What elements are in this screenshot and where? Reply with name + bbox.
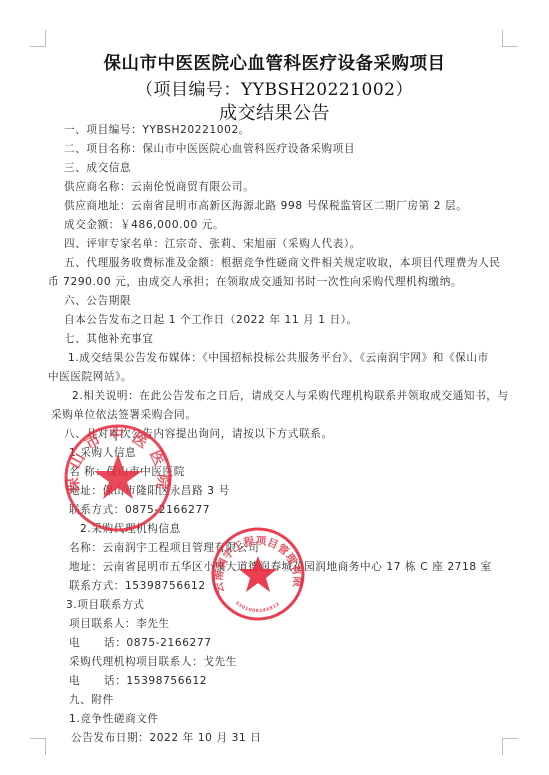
section-3-heading: 三、成交信息 — [64, 159, 131, 178]
attachment-item: 1.竞争性磋商文件 — [69, 710, 159, 729]
agency-contact: 联系方式：15398756612 — [69, 577, 206, 596]
purchaser-info-heading: 1.采购人信息 — [69, 444, 136, 463]
section-9-attachments-heading: 九、附件 — [69, 691, 114, 710]
project-contact-person: 项目联系人：李先生 — [69, 615, 170, 634]
document-page: 保山市中医医院心血管科医疗设备采购项目 （项目编号：YYBSH20221002）… — [0, 0, 549, 775]
section-5-agency-fee-cont: 币 7290.00 元，由成交人承担；在领取成交通知书时一次性向采购代理机构缴纳… — [48, 273, 462, 292]
purchaser-contact: 联系方式：0875-2166277 — [69, 501, 210, 520]
section-7-heading: 七、其他补充事宜 — [64, 330, 154, 349]
page-corner-mark-bottom-right — [502, 738, 518, 755]
publication-date: 公告发布日期：2022 年 10 月 31 日 — [71, 729, 262, 748]
page-corner-mark-top-left — [30, 30, 46, 47]
supplier-address: 供应商地址：云南省昆明市高新区海源北路 998 号保税监管区二期厂房第 2 层。 — [64, 197, 467, 216]
project-contact-phone: 电 话：0875-2166277 — [69, 634, 212, 653]
page-corner-mark-bottom-left — [30, 738, 46, 755]
related-notes-cont: 采购单位依法签署采购合同。 — [51, 406, 197, 425]
publication-media: 1.成交结果公告发布媒体：《中国招标投标公共服务平台》、《云南润宇网》和《保山市 — [68, 349, 489, 368]
agency-address: 地址：云南省昆明市五华区小康大道德润春城花园润地商务中心 17 栋 C 座 27… — [69, 558, 492, 577]
document-title: 保山市中医医院心血管科医疗设备采购项目 — [0, 50, 549, 75]
svg-text:5301000146812: 5301000146812 — [234, 600, 281, 614]
section-5-agency-fee: 五、代理服务收费标准及金额：根据竞争性磋商文件相关规定收取，本项目代理费为人民 — [64, 254, 501, 273]
publication-media-cont: 中医医院网站》。 — [48, 368, 132, 387]
purchaser-name: 名 称：保山市中医医院 — [69, 463, 185, 482]
section-6-heading: 六、公告期限 — [64, 292, 131, 311]
section-2-project-name: 二、项目名称：保山市中医医院心血管科医疗设备采购项目 — [64, 140, 355, 159]
supplier-name: 供应商名称：云南伦悦商贸有限公司。 — [64, 178, 254, 197]
section-4-expert-list: 四、评审专家名单：江宗奇、张莉、宋旭丽（采购人代表）。 — [64, 235, 361, 254]
project-number-heading: （项目编号：YYBSH20221002） — [0, 75, 549, 100]
agency-contact-person: 采购代理机构项目联系人：戈先生 — [69, 653, 237, 672]
section-8-heading: 八、凡对本次公告内容提出询问，请按以下方式联系。 — [64, 425, 333, 444]
purchaser-address: 地址：保山市隆阳区永昌路 3 号 — [69, 482, 230, 501]
project-contact-heading: 3.项目联系方式 — [66, 596, 144, 615]
agency-info-heading: 2.采购代理机构信息 — [80, 520, 181, 539]
agency-name: 名称：云南润宇工程项目管理有限公司 — [69, 539, 259, 558]
agency-contact-phone: 电 话：15398756612 — [69, 672, 207, 691]
deal-amount: 成交金额：￥486,000.00 元。 — [64, 216, 224, 235]
related-notes: 2.相关说明：在此公告发布之日后，请成交人与采购代理机构联系并领取成交通知书，与 — [72, 387, 509, 406]
announcement-period: 自本公告发布之日起 1 个工作日（2022 年 11 月 1 日）。 — [64, 311, 358, 330]
page-corner-mark-top-right — [502, 30, 518, 47]
section-1-project-number: 一、项目编号：YYBSH20221002。 — [64, 121, 250, 140]
